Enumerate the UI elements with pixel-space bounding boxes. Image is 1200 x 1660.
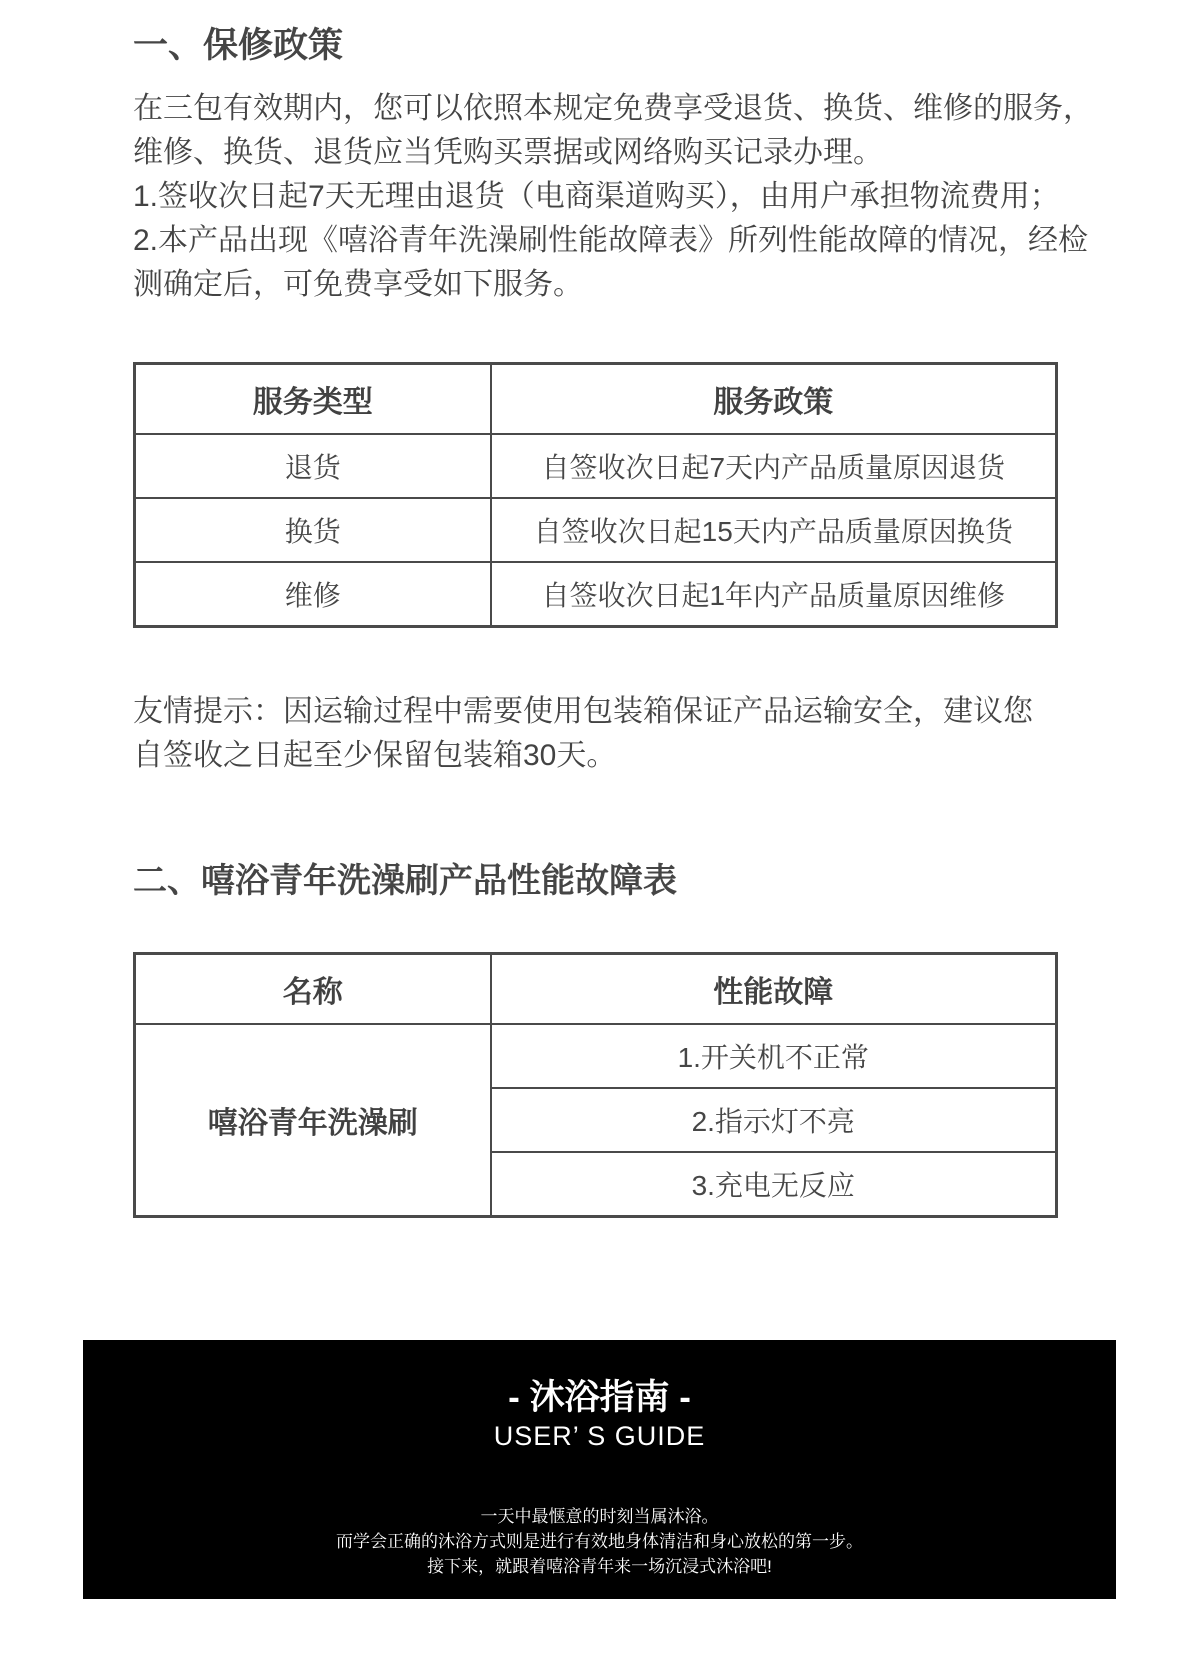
warranty-table-cell-policy: 自签收次日起15天内产品质量原因换货 bbox=[491, 498, 1057, 562]
shipping-reminder-line: 友情提示：因运输过程中需要使用包装箱保证产品运输安全，建议您 bbox=[133, 690, 1065, 734]
users-guide-title-cn: - 沐浴指南 - bbox=[83, 1340, 1116, 1420]
fault-table-header-name: 名称 bbox=[135, 954, 491, 1025]
warranty-intro-line: 测确定后，可免费享受如下服务。 bbox=[133, 263, 1065, 307]
fault-table-fault-item: 2.指示灯不亮 bbox=[491, 1088, 1057, 1152]
fault-table-header-row: 名称 性能故障 bbox=[135, 954, 1057, 1025]
users-guide-description: 一天中最惬意的时刻当属沐浴。 而学会正确的沐浴方式则是进行有效地身体清洁和身心放… bbox=[83, 1504, 1116, 1579]
table-row: 维修 自签收次日起1年内产品质量原因维修 bbox=[135, 562, 1057, 627]
table-row: 嘻浴青年洗澡刷 1.开关机不正常 bbox=[135, 1024, 1057, 1088]
users-guide-description-line: 而学会正确的沐浴方式则是进行有效地身体清洁和身心放松的第一步。 bbox=[83, 1529, 1116, 1554]
warranty-table-cell-policy: 自签收次日起7天内产品质量原因退货 bbox=[491, 434, 1057, 498]
shipping-reminder-line: 自签收之日起至少保留包装箱30天。 bbox=[133, 734, 1065, 778]
users-guide-description-line: 接下来，就跟着嘻浴青年来一场沉浸式沐浴吧! bbox=[83, 1554, 1116, 1579]
users-guide-title-en: USER’ S GUIDE bbox=[83, 1420, 1116, 1452]
warranty-table-header-row: 服务类型 服务政策 bbox=[135, 364, 1057, 435]
warranty-intro-line: 维修、换货、退货应当凭购买票据或网络购买记录办理。 bbox=[133, 131, 1065, 175]
warranty-table-header-policy: 服务政策 bbox=[491, 364, 1057, 435]
warranty-intro-line: 2.本产品出现《嘻浴青年洗澡刷性能故障表》所列性能故障的情况，经检 bbox=[133, 219, 1065, 263]
fault-section-title: 二、嘻浴青年洗澡刷产品性能故障表 bbox=[133, 860, 1065, 902]
warranty-intro: 在三包有效期内，您可以依照本规定免费享受退货、换货、维修的服务， 维修、换货、退… bbox=[133, 87, 1065, 307]
warranty-intro-line: 在三包有效期内，您可以依照本规定免费享受退货、换货、维修的服务， bbox=[133, 87, 1065, 131]
shipping-reminder: 友情提示：因运输过程中需要使用包装箱保证产品运输安全，建议您 自签收之日起至少保… bbox=[133, 690, 1065, 778]
warranty-table-cell-policy: 自签收次日起1年内产品质量原因维修 bbox=[491, 562, 1057, 627]
table-row: 退货 自签收次日起7天内产品质量原因退货 bbox=[135, 434, 1057, 498]
fault-table-fault-item: 1.开关机不正常 bbox=[491, 1024, 1057, 1088]
warranty-table-header-type: 服务类型 bbox=[135, 364, 491, 435]
users-guide-description-line: 一天中最惬意的时刻当属沐浴。 bbox=[83, 1504, 1116, 1529]
warranty-section-title: 一、保修政策 bbox=[133, 26, 1065, 66]
warranty-table-cell-type: 换货 bbox=[135, 498, 491, 562]
fault-table-product-name: 嘻浴青年洗澡刷 bbox=[135, 1024, 491, 1217]
warranty-page: 一、保修政策 在三包有效期内，您可以依照本规定免费享受退货、换货、维修的服务， … bbox=[0, 0, 1200, 1660]
table-row: 换货 自签收次日起15天内产品质量原因换货 bbox=[135, 498, 1057, 562]
warranty-table-cell-type: 维修 bbox=[135, 562, 491, 627]
fault-table: 名称 性能故障 嘻浴青年洗澡刷 1.开关机不正常 2.指示灯不亮 3.充电无反应 bbox=[133, 952, 1058, 1218]
fault-table-header-fault: 性能故障 bbox=[491, 954, 1057, 1025]
warranty-intro-line: 1.签收次日起7天无理由退货（电商渠道购买），由用户承担物流费用； bbox=[133, 175, 1065, 219]
page-content: 一、保修政策 在三包有效期内，您可以依照本规定免费享受退货、换货、维修的服务， … bbox=[133, 0, 1065, 1218]
fault-table-fault-item: 3.充电无反应 bbox=[491, 1152, 1057, 1217]
warranty-table-cell-type: 退货 bbox=[135, 434, 491, 498]
warranty-table: 服务类型 服务政策 退货 自签收次日起7天内产品质量原因退货 换货 自签收次日起… bbox=[133, 362, 1058, 628]
users-guide-banner: - 沐浴指南 - USER’ S GUIDE 一天中最惬意的时刻当属沐浴。 而学… bbox=[83, 1340, 1116, 1599]
